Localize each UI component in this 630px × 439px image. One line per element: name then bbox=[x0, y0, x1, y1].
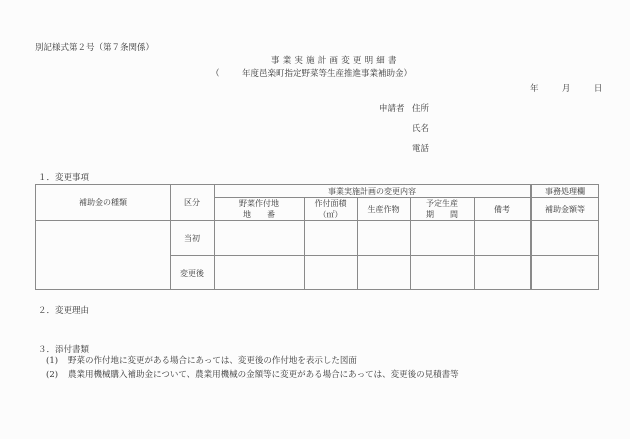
header-remarks: 備考 bbox=[474, 205, 530, 216]
header-subsidy-amount: 補助金額等 bbox=[532, 205, 598, 216]
change-items-table: 補助金の種類 区分 事業実施計画の変更内容 事務処理欄 野菜作付地 地 番 作付… bbox=[35, 184, 599, 290]
attachment-number: (1) bbox=[46, 357, 68, 366]
attachment-text: 野菜の作付地に変更がある場合にあっては、変更後の作付地を表示した図面 bbox=[68, 356, 357, 366]
date-day-label: 日 bbox=[594, 85, 603, 94]
attachment-text: 農業用機械購入補助金について、農業用機械の金額等に変更がある場合にあっては、変更… bbox=[68, 370, 459, 380]
row-label-after-change: 変更後 bbox=[170, 269, 214, 280]
attachment-item: (1)野菜の作付地に変更がある場合にあっては、変更後の作付地を表示した図面 bbox=[46, 357, 357, 366]
row-label-original: 当初 bbox=[170, 234, 214, 245]
header-office-use: 事務処理欄 bbox=[532, 187, 598, 198]
form-number: 別記様式第２号（第７条関係） bbox=[35, 44, 154, 53]
date-year-label: 年 bbox=[530, 85, 539, 94]
phone-label: 電話 bbox=[412, 145, 429, 154]
applicant-label: 申請者 bbox=[379, 105, 405, 114]
section-heading-attachments: ３．添付書類 bbox=[38, 346, 89, 355]
section-heading-changes: １．変更事項 bbox=[38, 174, 89, 183]
address-label: 住所 bbox=[412, 105, 429, 114]
subtitle-open-paren: （ bbox=[211, 70, 220, 79]
attachment-number: (2) bbox=[46, 371, 68, 380]
header-crop: 生産作物 bbox=[357, 205, 410, 216]
date-field: 年 月 日 bbox=[530, 85, 602, 94]
document-subtitle: 年度邑楽町指定野菜等生産推進事業補助金） bbox=[242, 70, 412, 79]
header-plan-changes: 事業実施計画の変更内容 bbox=[214, 187, 530, 198]
divider bbox=[530, 185, 532, 289]
name-label: 氏名 bbox=[412, 125, 429, 134]
divider bbox=[170, 255, 598, 256]
header-planting-area: 作付面積 （㎡） bbox=[304, 199, 357, 221]
date-month-label: 月 bbox=[562, 85, 571, 94]
attachment-item: (2)農業用機械購入補助金について、農業用機械の金額等に変更がある場合にあっては… bbox=[46, 371, 459, 380]
header-subsidy-type: 補助金の種類 bbox=[36, 198, 170, 209]
header-category: 区分 bbox=[170, 198, 214, 209]
document-title: 事業実施計画変更明細書 bbox=[271, 57, 400, 66]
header-field-location: 野菜作付地 地 番 bbox=[214, 199, 304, 221]
header-production-period: 予定生産 期 間 bbox=[410, 199, 474, 221]
section-heading-reason: ２．変更理由 bbox=[38, 307, 89, 316]
